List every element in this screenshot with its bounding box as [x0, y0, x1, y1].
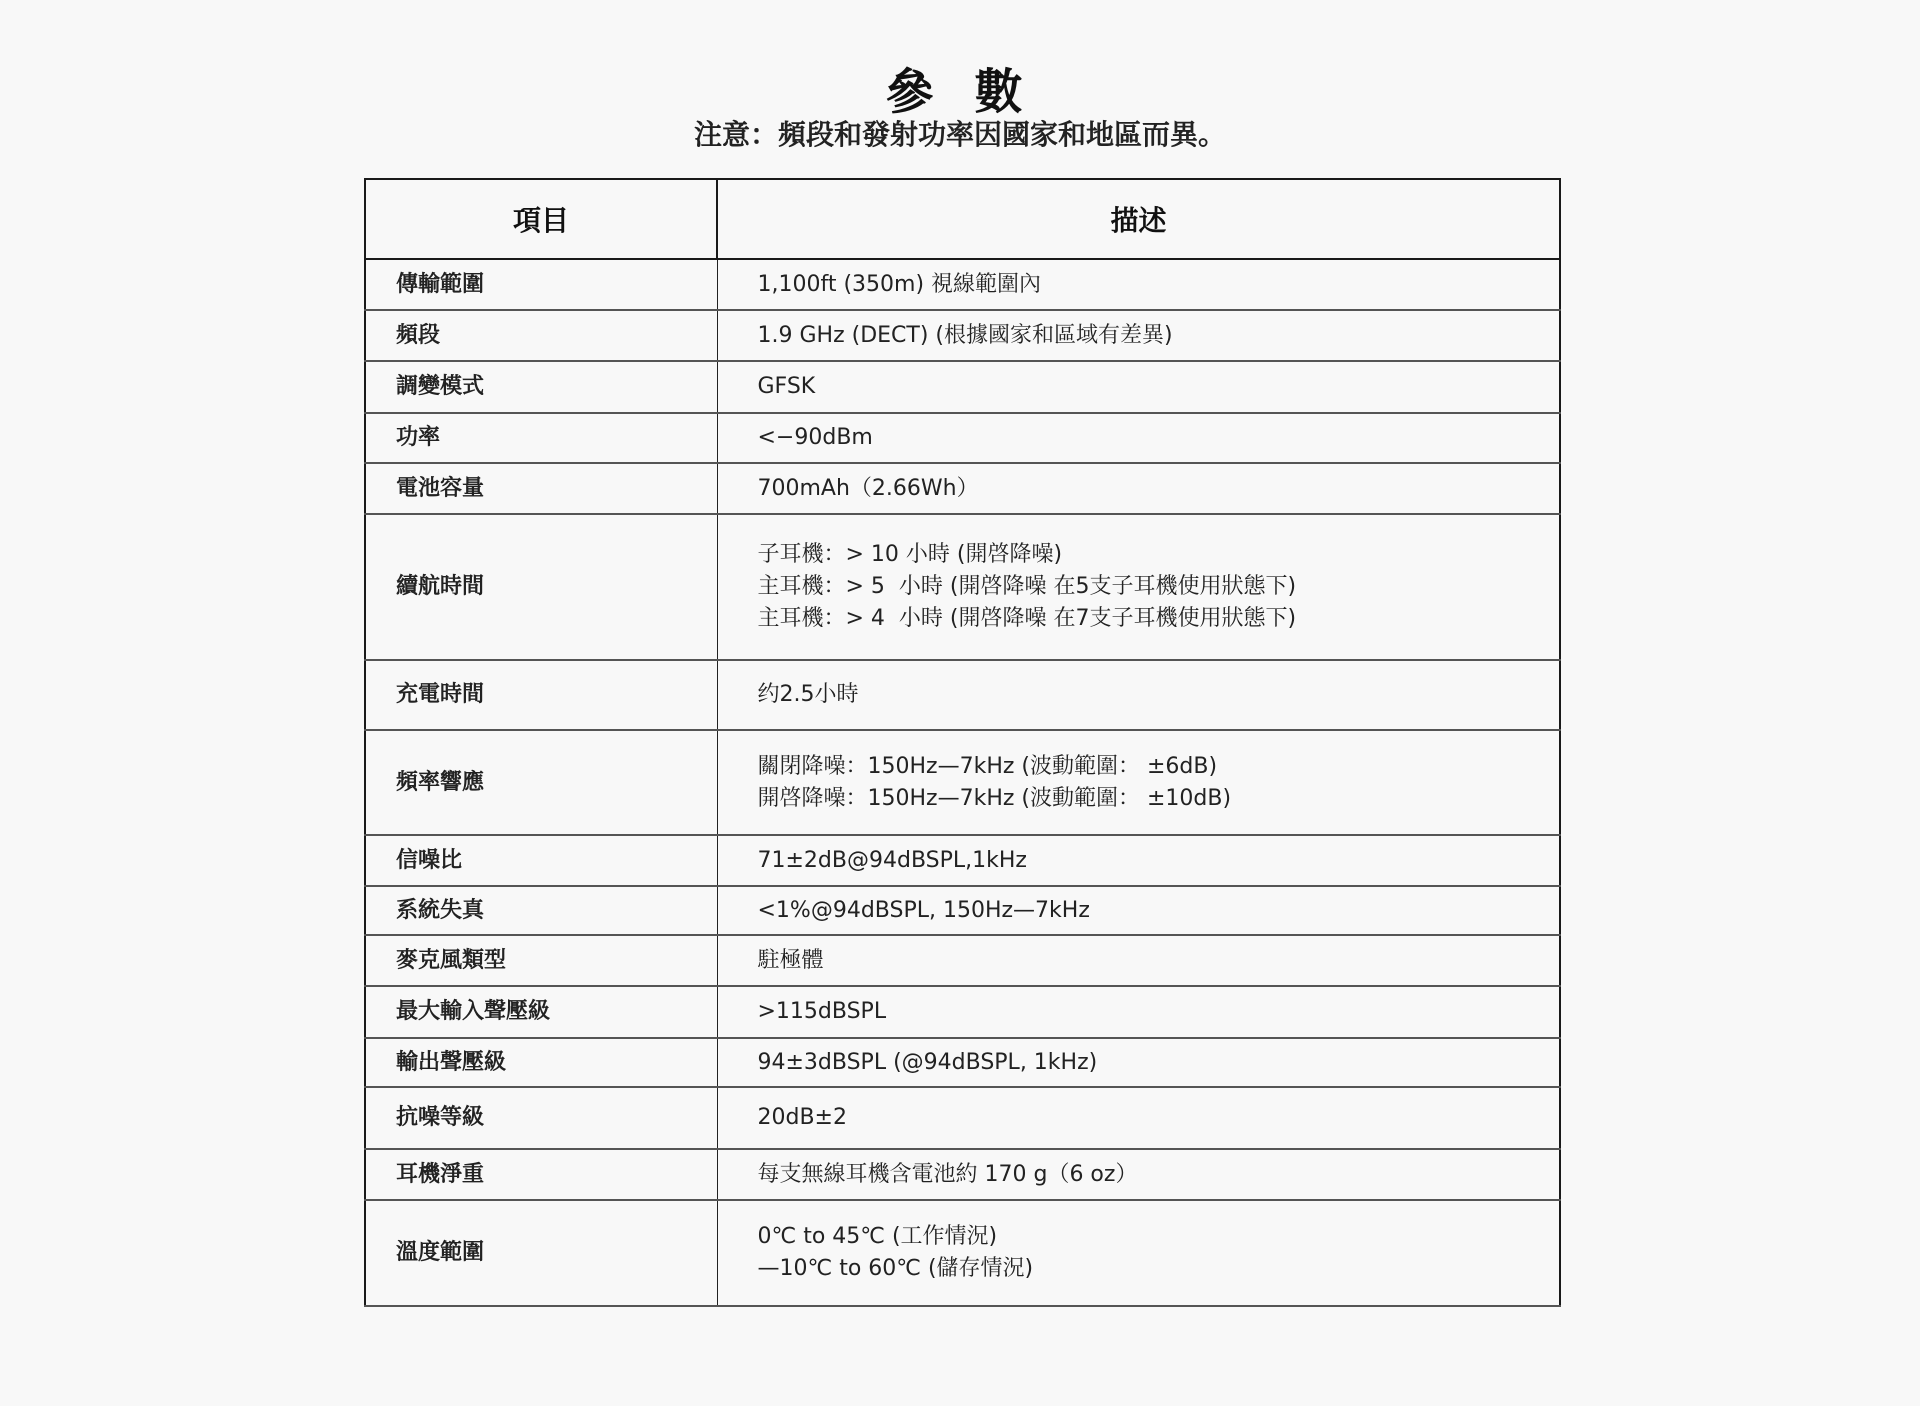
spec-item-description: >115dBSPL	[717, 986, 1560, 1038]
spec-item-label: 調變模式	[365, 361, 717, 413]
table-row: 抗噪等級20dB±2	[365, 1087, 1560, 1149]
description-line: 開啓降噪：150Hz—7kHz (波動範圍： ±10dB)	[758, 783, 1560, 815]
region-note: 注意：頻段和發射功率因國家和地區而異。	[0, 115, 1920, 155]
spec-item-description: <−90dBm	[717, 413, 1560, 463]
spec-item-label: 傳輸範圍	[365, 259, 717, 310]
table-row: 傳輸範圍1,100ft (350m) 視線範圍內	[365, 259, 1560, 310]
description-line: >115dBSPL	[758, 996, 1560, 1028]
spec-item-description: 1,100ft (350m) 視線範圍內	[717, 259, 1560, 310]
spec-item-label: 最大輸入聲壓級	[365, 986, 717, 1038]
description-line: 0℃ to 45℃ (工作情況)	[758, 1221, 1560, 1253]
spec-item-description: 71±2dB@94dBSPL,1kHz	[717, 835, 1560, 886]
page-title: 參 數	[0, 62, 1920, 122]
spec-item-description: 20dB±2	[717, 1087, 1560, 1149]
table-row: 耳機淨重每支無線耳機含電池約 170 g（6 oz）	[365, 1149, 1560, 1200]
spec-item-description: 每支無線耳機含電池約 170 g（6 oz）	[717, 1149, 1560, 1200]
table-body: 傳輸範圍1,100ft (350m) 視線範圍內頻段1.9 GHz (DECT)…	[365, 259, 1560, 1306]
table-row: 最大輸入聲壓級>115dBSPL	[365, 986, 1560, 1038]
table-row: 麥克風類型駐極體	[365, 935, 1560, 986]
description-line: 94±3dBSPL (@94dBSPL, 1kHz)	[758, 1047, 1560, 1079]
table-row: 功率<−90dBm	[365, 413, 1560, 463]
description-line: 1,100ft (350m) 視線範圍內	[758, 269, 1560, 301]
description-line: 700mAh（2.66Wh）	[758, 473, 1560, 505]
table-row: 信噪比71±2dB@94dBSPL,1kHz	[365, 835, 1560, 886]
spec-item-description: 0℃ to 45℃ (工作情況)—10℃ to 60℃ (儲存情況)	[717, 1200, 1560, 1306]
spec-item-label: 輸出聲壓級	[365, 1038, 717, 1087]
spec-item-description: 94±3dBSPL (@94dBSPL, 1kHz)	[717, 1038, 1560, 1087]
spec-item-label: 溫度範圍	[365, 1200, 717, 1306]
table-row: 調變模式GFSK	[365, 361, 1560, 413]
spec-item-label: 續航時間	[365, 514, 717, 660]
spec-item-label: 電池容量	[365, 463, 717, 514]
spec-item-label: 抗噪等級	[365, 1087, 717, 1149]
description-line: 约2.5小時	[758, 679, 1560, 711]
description-line: <1%@94dBSPL, 150Hz—7kHz	[758, 895, 1560, 927]
spec-item-label: 充電時間	[365, 660, 717, 730]
description-line: 子耳機：> 10 小時 (開啓降噪)	[758, 539, 1560, 571]
description-line: GFSK	[758, 371, 1560, 403]
spec-item-label: 功率	[365, 413, 717, 463]
description-line: 1.9 GHz (DECT) (根據國家和區域有差異)	[758, 320, 1560, 352]
spec-item-label: 頻段	[365, 310, 717, 361]
spec-table: 項目 描述 傳輸範圍1,100ft (350m) 視線範圍內頻段1.9 GHz …	[364, 178, 1561, 1307]
spec-item-description: <1%@94dBSPL, 150Hz—7kHz	[717, 886, 1560, 935]
table-row: 頻率響應關閉降噪：150Hz—7kHz (波動範圍： ±6dB)開啓降噪：150…	[365, 730, 1560, 835]
table-row: 頻段1.9 GHz (DECT) (根據國家和區域有差異)	[365, 310, 1560, 361]
spec-item-description: 關閉降噪：150Hz—7kHz (波動範圍： ±6dB)開啓降噪：150Hz—7…	[717, 730, 1560, 835]
header-item: 項目	[365, 179, 717, 259]
description-line: —10℃ to 60℃ (儲存情況)	[758, 1253, 1560, 1285]
description-line: <−90dBm	[758, 422, 1560, 454]
description-line: 主耳機：> 4 小時 (開啓降噪 在7支子耳機使用狀態下)	[758, 603, 1560, 635]
table-row: 輸出聲壓級94±3dBSPL (@94dBSPL, 1kHz)	[365, 1038, 1560, 1087]
description-line: 駐極體	[758, 945, 1560, 977]
table-row: 電池容量700mAh（2.66Wh）	[365, 463, 1560, 514]
table-row: 充電時間约2.5小時	[365, 660, 1560, 730]
table-row: 系統失真<1%@94dBSPL, 150Hz—7kHz	[365, 886, 1560, 935]
description-line: 71±2dB@94dBSPL,1kHz	[758, 845, 1560, 877]
spec-item-description: GFSK	[717, 361, 1560, 413]
description-line: 主耳機：> 5 小時 (開啓降噪 在5支子耳機使用狀態下)	[758, 571, 1560, 603]
spec-item-description: 700mAh（2.66Wh）	[717, 463, 1560, 514]
description-line: 20dB±2	[758, 1102, 1560, 1134]
description-line: 關閉降噪：150Hz—7kHz (波動範圍： ±6dB)	[758, 751, 1560, 783]
spec-item-label: 頻率響應	[365, 730, 717, 835]
spec-item-description: 约2.5小時	[717, 660, 1560, 730]
spec-item-label: 信噪比	[365, 835, 717, 886]
table-header-row: 項目 描述	[365, 179, 1560, 259]
spec-item-label: 耳機淨重	[365, 1149, 717, 1200]
table-row: 續航時間子耳機：> 10 小時 (開啓降噪)主耳機：> 5 小時 (開啓降噪 在…	[365, 514, 1560, 660]
spec-item-description: 駐極體	[717, 935, 1560, 986]
table-row: 溫度範圍0℃ to 45℃ (工作情況)—10℃ to 60℃ (儲存情況)	[365, 1200, 1560, 1306]
description-line: 每支無線耳機含電池約 170 g（6 oz）	[758, 1159, 1560, 1191]
spec-item-label: 麥克風類型	[365, 935, 717, 986]
spec-item-label: 系統失真	[365, 886, 717, 935]
header-description: 描述	[717, 179, 1560, 259]
spec-item-description: 子耳機：> 10 小時 (開啓降噪)主耳機：> 5 小時 (開啓降噪 在5支子耳…	[717, 514, 1560, 660]
spec-item-description: 1.9 GHz (DECT) (根據國家和區域有差異)	[717, 310, 1560, 361]
